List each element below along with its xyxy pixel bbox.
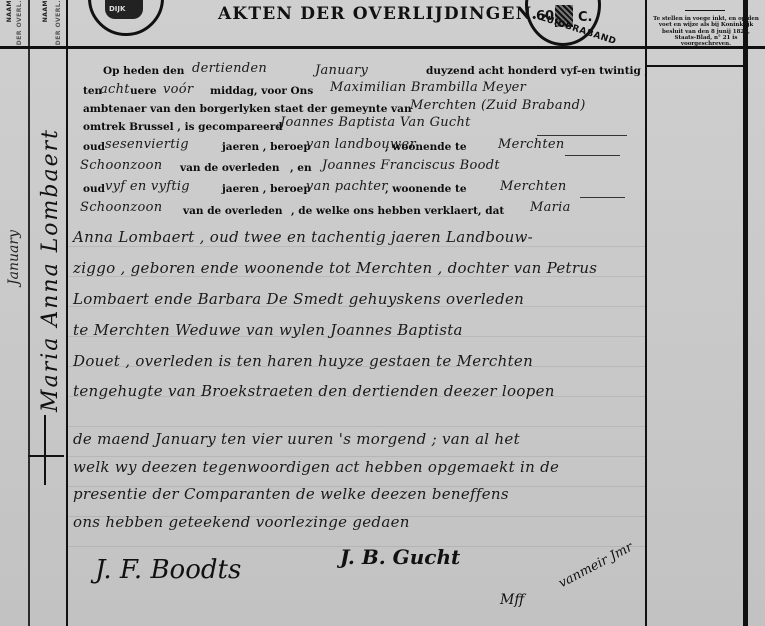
ruled-line [67,456,647,457]
printed-text: oud [83,141,105,153]
printed-text: , woonende te [385,183,467,195]
handwritten-text: van pachter [306,179,388,194]
printed-text: omtrek Brussel , is gecompareerd [83,121,283,133]
handwritten-text: Merchten (Zuid Braband) [410,98,586,113]
column-header-name: NAAM [6,0,13,22]
margin-deceased-name: Maria Anna Lombaert [38,128,63,412]
handwritten-line: te Merchten Weduwe van wylen Joannes Bap… [73,321,463,339]
handwritten-text: acht [100,82,130,97]
ruled-line [67,246,647,247]
printed-text: duyzend acht honderd vyf-en twintig , [426,65,648,77]
handwritten-line: welk wy deezen tegenwoordigen act hebben… [73,458,559,476]
printed-text: jaeren , beroep [222,141,311,153]
handwritten-line: tengehugte van Broekstraeten den dertien… [73,382,555,400]
signature-gucht: J. B. Gucht [340,545,460,569]
handwritten-text: vyf en vyftig [105,179,190,194]
column-header-name: NAAM [42,0,49,22]
handwritten-text: sesenviertig [105,137,189,152]
printed-text: van de overleden [183,205,283,217]
margin-month: January [6,230,22,285]
printed-text: , de welke ons hebben verklaert, dat [291,205,504,217]
handwritten-text: voór [163,82,193,97]
handwritten-line: Lombaert ende Barbara De Smedt gehuysken… [73,290,524,308]
cross-icon [28,455,64,457]
handwritten-text: Schoonzoon [80,158,162,173]
column-header-deceased: DER OVERL. [55,0,62,45]
handwritten-text: Joannes Baptista Van Gucht [280,115,471,130]
handwritten-text: dertienden [192,61,267,76]
column-header-deceased: DER OVERL. [16,0,23,45]
handwritten-text: Merchten [500,179,567,194]
printed-text: ambtenaer van den borgerlyken staet der … [83,103,412,115]
handwritten-text: Merchten [498,137,565,152]
tax-stamp-left: DIJK [88,0,164,36]
handwritten-line: ziggo , geboren ende woonende tot Mercht… [73,259,597,277]
printed-text: uere [130,85,157,97]
column-rule [743,0,748,626]
handwritten-line: ons hebben geteekend voorlezinge gedaen [73,513,410,531]
handwritten-text: Maximilian Brambilla Meyer [330,80,526,95]
stamp-currency: C. [578,10,592,25]
side-note: Te stellen in voege inkt, en op den voet… [652,16,760,47]
signature-vanmeir: vanmeir Jmr [556,540,635,592]
handwritten-line: Douet , overleden is ten haren huyze ges… [73,352,533,370]
handwritten-line: presentie der Comparanten de welke deeze… [73,485,509,503]
handwritten-line: de maend January ten vier uuren 's morge… [73,430,520,448]
note-divider [685,10,725,11]
handwritten-text: Maria [530,200,571,215]
cross-icon [44,415,46,485]
handwritten-text: Schoonzoon [80,200,162,215]
page-title: AKTEN DER OVERLIJDINGEN. [218,4,538,24]
printed-text: van de overleden [180,162,280,174]
signature-mayor: Mff [500,592,524,608]
column-rule [28,0,30,626]
printed-text: jaeren , beroep [222,183,311,195]
fill-line [565,155,620,156]
handwritten-text: Joannes Franciscus Boodt [322,158,500,173]
column-rule [66,0,68,626]
signature-boodts: J. F. Boodts [95,555,241,585]
fill-line [537,135,627,136]
column-rule [645,0,647,626]
handwritten-text: January [315,63,368,78]
fill-line [580,197,625,198]
handwritten-line: Anna Lombaert , oud twee en tachentig ja… [73,228,533,246]
register-page: NAAM DER OVERL. NAAM DER OVERL. DIJK 60 … [0,0,765,626]
header-rule [645,65,745,67]
ruled-line [67,426,647,427]
printed-text: , en [290,162,312,174]
header-rule [0,46,765,49]
printed-text: middag, voor Ons [210,85,313,97]
stamp-text: DIJK [109,5,125,13]
printed-text: , woonende te [385,141,467,153]
printed-text: Op heden den [103,65,184,77]
printed-text: oud [83,183,105,195]
